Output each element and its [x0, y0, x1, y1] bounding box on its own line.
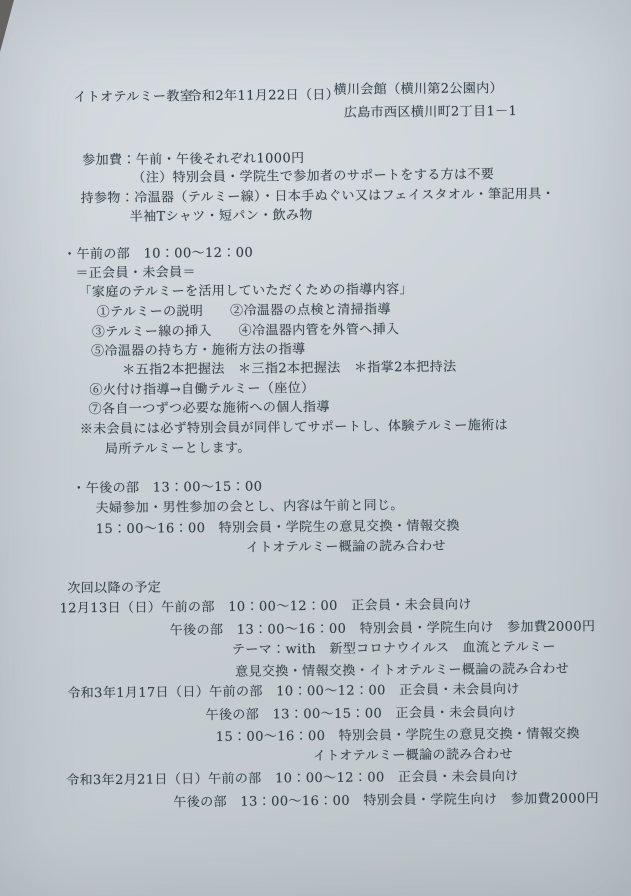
- bring-items-line-2: 半袖Tシャツ・短パン・飲み物: [130, 206, 313, 227]
- morning-item: ①テルミーの説明 ②冷温器の点検と清掃指導: [97, 300, 391, 322]
- afternoon-extra-line-2: イトオテルミー概論の読み合わせ: [246, 537, 446, 558]
- schedule-line: 令和3年1月17日（日）午前の部 10：00～12：00 正会員・未会員向け: [67, 680, 520, 703]
- schedule-line: 15：00～16：00 特別会員・学院生の意見交換・情報交換: [216, 724, 580, 746]
- afternoon-session-heading: ・午後の部 13：00～15：00: [72, 478, 262, 499]
- schedule-heading: 次回以降の予定: [67, 578, 161, 598]
- schedule-line: 午後の部 13：00～16：00 特別会員・学院生向け 参加費2000円: [173, 789, 599, 812]
- document-title: イトオテルミー教室: [74, 87, 194, 107]
- afternoon-extra-line-1: 15：00～16：00 特別会員・学院生の意見交換・情報交換: [96, 517, 460, 539]
- event-date: 令和2年11月22日（日）: [189, 86, 340, 106]
- morning-item: ⑦各自一つずつ必要な施術への個人指導: [89, 398, 330, 419]
- morning-item: ⑤冷温器の持ち方・施術方法の指導: [91, 340, 306, 361]
- schedule-line: 午後の部 13：00～15：00 正会員・未会員向け: [205, 703, 516, 725]
- morning-target: ＝正会員・未会員＝: [75, 263, 196, 283]
- schedule-line: 12月13日（日）午前の部 10：00～12：00 正会員・未会員向け: [59, 596, 471, 619]
- schedule-line: テーマ：with 新型コロナウイルス 血流とテルミー: [232, 638, 556, 660]
- morning-item: ⑥火付け指導→自働テルミー（座位）: [89, 379, 314, 400]
- venue-address: 広島市西区横川町2丁目1－1: [344, 102, 518, 123]
- schedule-line: 令和3年2月21日（日）午前の部 10：00～12：00 正会員・未会員向け: [66, 767, 519, 790]
- morning-subtitle: 「家庭のテルミーを活用していただくための指導内容」: [78, 280, 413, 302]
- document-page: イトオテルミー教室 令和2年11月22日（日） 横川会館（横川第2公園内） 広島…: [0, 0, 631, 896]
- afternoon-desc: 夫婦参加・男性参加の会とし、内容は午前と同じ。: [95, 496, 403, 518]
- document-photo: イトオテルミー教室 令和2年11月22日（日） 横川会館（横川第2公園内） 広島…: [0, 0, 631, 896]
- morning-item: ＊五指2本把握法 ＊三指2本把握法 ＊指掌2本把持法: [122, 358, 456, 380]
- morning-session-heading: ・午前の部 10：00～12：00: [63, 244, 253, 265]
- fee-note-line: （注）特別会員・学院生で参加者のサポートをする方は不要: [132, 165, 494, 187]
- bring-items-line-1: 持参物：冷温器（テルミー線）・日本手ぬぐい又はフェイスタオル・筆記用具・: [81, 185, 556, 209]
- schedule-line: イトオテルミー概論の読み合わせ: [313, 745, 513, 766]
- morning-note-line-1: ※未会員には必ず特別会員が同伴してサポートし、体験テルミー施術は: [80, 416, 508, 439]
- venue-name: 横川会館（横川第2公園内）: [333, 79, 503, 100]
- morning-note-line-2: 局所テルミーとします。: [105, 439, 251, 459]
- schedule-line: 意見交換・情報交換・イトオテルミー概論の読み合わせ: [235, 660, 569, 682]
- morning-item: ③テルミー線の挿入 ④冷温器内管を外管へ挿入: [92, 320, 400, 342]
